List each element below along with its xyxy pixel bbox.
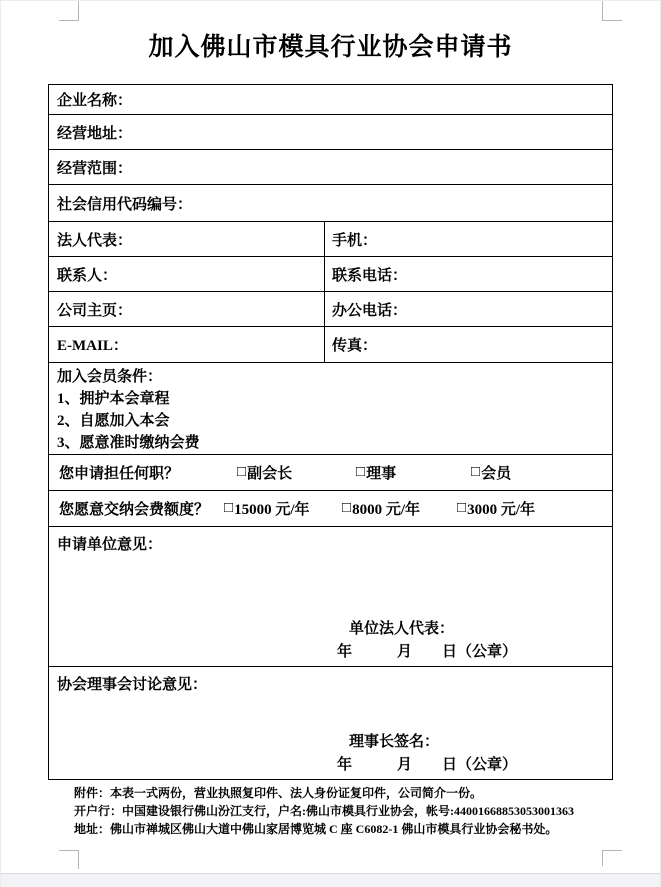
fee-option-3000-label: 3000 元/年 xyxy=(467,498,535,519)
field-row-contact-phone: 联系人： 联系电话： xyxy=(49,257,612,292)
email-cell[interactable]: E-MAIL： xyxy=(49,327,325,362)
position-option-director-label: 理事 xyxy=(366,462,396,483)
checkbox-icon[interactable]: □ xyxy=(342,500,351,517)
position-question: 您申请担任何职？ xyxy=(59,455,179,490)
footer-notes: 附件：本表一式两份，营业执照复印件、法人身份证复印件，公司简介一份。 开户行：中… xyxy=(48,784,628,838)
checkbox-icon[interactable]: □ xyxy=(237,464,246,481)
contact-phone-label: 联系电话： xyxy=(332,264,407,285)
contact-person-cell[interactable]: 联系人： xyxy=(49,257,325,291)
position-choice-row: 您申请担任何职？ □副会长 □理事 □会员 xyxy=(49,455,612,491)
fee-option-8000[interactable]: □8000 元/年 xyxy=(342,491,420,526)
field-row-business-address[interactable]: 经营地址： xyxy=(49,115,612,150)
business-address-label: 经营地址： xyxy=(57,122,132,143)
condition-item-2: 2、自愿加入本会 xyxy=(57,410,612,432)
homepage-label: 公司主页： xyxy=(57,299,132,320)
position-option-vice-president[interactable]: □副会长 xyxy=(237,455,292,490)
field-row-company-name[interactable]: 企业名称： xyxy=(49,85,612,115)
document-page: 加入佛山市模具行业协会申请书 企业名称： 经营地址： 经营范围： 社会信用代码编… xyxy=(0,0,661,887)
legal-rep-cell[interactable]: 法人代表： xyxy=(49,222,325,256)
email-label: E-MAIL： xyxy=(57,334,128,355)
mobile-label: 手机： xyxy=(332,229,377,250)
checkbox-icon[interactable]: □ xyxy=(356,464,365,481)
condition-item-1: 1、拥护本会章程 xyxy=(57,388,612,410)
fee-option-8000-label: 8000 元/年 xyxy=(352,498,420,519)
office-phone-label: 办公电话： xyxy=(332,299,407,320)
fax-label: 传真： xyxy=(332,334,377,355)
credit-code-label: 社会信用代码编号： xyxy=(57,193,192,214)
field-row-credit-code[interactable]: 社会信用代码编号： xyxy=(49,185,612,222)
council-date-seal-line: 年 月 日（公章） xyxy=(337,753,517,774)
field-row-business-scope[interactable]: 经营范围： xyxy=(49,150,612,185)
homepage-cell[interactable]: 公司主页： xyxy=(49,292,325,326)
field-row-email-fax: E-MAIL： 传真： xyxy=(49,327,612,363)
checkbox-icon[interactable]: □ xyxy=(457,500,466,517)
field-row-homepage-office-phone: 公司主页： 办公电话： xyxy=(49,292,612,327)
field-row-legal-rep-mobile: 法人代表： 手机： xyxy=(49,222,612,257)
mobile-cell[interactable]: 手机： xyxy=(325,222,612,256)
position-option-vice-president-label: 副会长 xyxy=(247,462,292,483)
fee-option-15000[interactable]: □15000 元/年 xyxy=(224,491,309,526)
office-phone-cell[interactable]: 办公电话： xyxy=(325,292,612,326)
conditions-heading: 加入会员条件： xyxy=(57,366,612,388)
application-form-table: 企业名称： 经营地址： 经营范围： 社会信用代码编号： 法人代表： 手机： 联系… xyxy=(48,84,613,780)
position-option-member-label: 会员 xyxy=(481,462,511,483)
condition-item-3: 3、愿意准时缴纳会费 xyxy=(57,432,612,454)
applicant-opinion-label: 申请单位意见： xyxy=(57,533,162,554)
note-bank-account: 开户行：中国建设银行佛山汾江支行，户名:佛山市模具行业协会，帐号:4400166… xyxy=(48,802,628,820)
position-option-member[interactable]: □会员 xyxy=(471,455,511,490)
form-title: 加入佛山市模具行业协会申请书 xyxy=(1,27,660,63)
margin-corner-mark-top-left xyxy=(59,1,79,21)
applicant-date-seal-line: 年 月 日（公章） xyxy=(337,640,517,661)
council-opinion-row[interactable]: 协会理事会讨论意见： 理事长签名： 年 月 日（公章） xyxy=(49,667,612,779)
legal-rep-label: 法人代表： xyxy=(57,229,132,250)
note-address: 地址：佛山市禅城区佛山大道中佛山家居博览城 C 座 C6082-1 佛山市模具行… xyxy=(48,820,628,838)
fee-option-3000[interactable]: □3000 元/年 xyxy=(457,491,535,526)
margin-corner-mark-bottom-right xyxy=(602,850,622,866)
applicant-signer-label: 单位法人代表： xyxy=(349,617,454,638)
applicant-opinion-row[interactable]: 申请单位意见： 单位法人代表： 年 月 日（公章） xyxy=(49,527,612,667)
business-scope-label: 经营范围： xyxy=(57,157,132,178)
fee-question: 您愿意交纳会费额度？ xyxy=(59,491,209,526)
position-option-director[interactable]: □理事 xyxy=(356,455,396,490)
membership-conditions-row: 加入会员条件： 1、拥护本会章程 2、自愿加入本会 3、愿意准时缴纳会费 xyxy=(49,363,612,455)
company-name-label: 企业名称： xyxy=(57,89,132,110)
checkbox-icon[interactable]: □ xyxy=(471,464,480,481)
checkbox-icon[interactable]: □ xyxy=(224,500,233,517)
fax-cell[interactable]: 传真： xyxy=(325,327,612,362)
fee-choice-row: 您愿意交纳会费额度？ □15000 元/年 □8000 元/年 □3000 元/… xyxy=(49,491,612,527)
note-attachments: 附件：本表一式两份，营业执照复印件、法人身份证复印件，公司简介一份。 xyxy=(48,784,628,802)
margin-corner-mark-top-right xyxy=(602,1,622,21)
contact-person-label: 联系人： xyxy=(57,264,117,285)
fee-option-15000-label: 15000 元/年 xyxy=(234,498,309,519)
council-signer-label: 理事长签名： xyxy=(349,730,439,751)
contact-phone-cell[interactable]: 联系电话： xyxy=(325,257,612,291)
page-bottom-canvas xyxy=(1,873,660,887)
council-opinion-label: 协会理事会讨论意见： xyxy=(57,673,207,694)
margin-corner-mark-bottom-left xyxy=(59,850,79,869)
